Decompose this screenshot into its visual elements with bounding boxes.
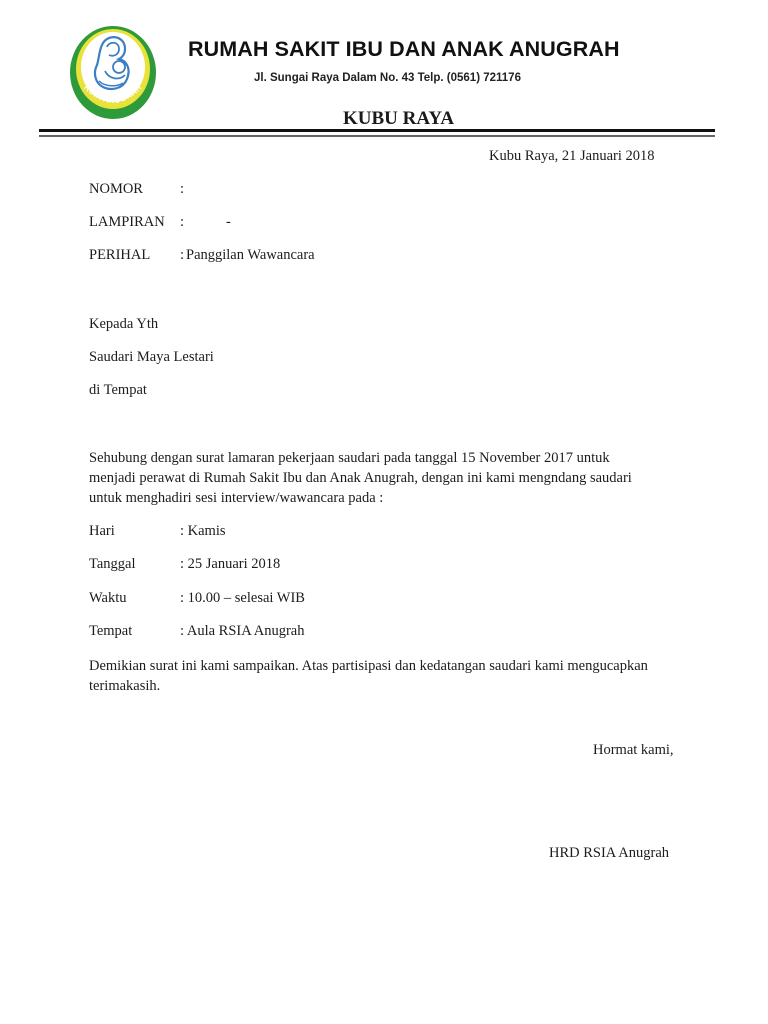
detail-label-tanggal: Tanggal	[89, 556, 136, 573]
institution-city: KUBU RAYA	[343, 108, 454, 130]
letterhead-divider-thin	[39, 135, 715, 137]
signatory: HRD RSIA Anugrah	[549, 845, 669, 862]
detail-label-waktu: Waktu	[89, 590, 127, 607]
letterhead-divider-thick	[39, 129, 715, 132]
closing-line: Demikian surat ini kami sampaikan. Atas …	[89, 656, 689, 676]
valediction: Hormat kami,	[593, 742, 674, 759]
body-intro-line: Sehubung dengan surat lamaran pekerjaan …	[89, 448, 689, 468]
meta-label-perihal: PERIHAL	[89, 247, 150, 264]
body-intro-line: untuk menghadiri sesi interview/wawancar…	[89, 488, 689, 508]
detail-value-tanggal: : 25 Januari 2018	[180, 556, 280, 573]
place-date: Kubu Raya, 21 Januari 2018	[489, 148, 655, 165]
closing-paragraph: Demikian surat ini kami sampaikan. Atas …	[89, 656, 689, 696]
hospital-logo: RSIA ANUGRAH	[69, 25, 157, 120]
meta-value-perihal: Panggilan Wawancara	[186, 247, 315, 264]
detail-value-hari: : Kamis	[180, 523, 226, 540]
institution-name: RUMAH SAKIT IBU DAN ANAK ANUGRAH	[188, 37, 620, 62]
institution-address: Jl. Sungai Raya Dalam No. 43 Telp. (0561…	[254, 72, 521, 84]
recipient-name: Saudari Maya Lestari	[89, 349, 214, 366]
meta-colon: :	[180, 181, 184, 198]
meta-value-lampiran: -	[226, 214, 231, 231]
body-intro-paragraph: Sehubung dengan surat lamaran pekerjaan …	[89, 448, 689, 508]
meta-label-nomor: NOMOR	[89, 181, 143, 198]
closing-line: terimakasih.	[89, 676, 689, 696]
meta-label-lampiran: LAMPIRAN	[89, 214, 165, 231]
recipient-location: di Tempat	[89, 382, 147, 399]
detail-value-tempat: : Aula RSIA Anugrah	[180, 623, 304, 640]
recipient-greeting: Kepada Yth	[89, 316, 158, 333]
mother-child-logo-icon: RSIA ANUGRAH	[69, 25, 157, 120]
meta-colon: :	[180, 214, 184, 231]
body-intro-line: menjadi perawat di Rumah Sakit Ibu dan A…	[89, 468, 689, 488]
detail-label-hari: Hari	[89, 523, 115, 540]
meta-colon: :	[180, 247, 184, 264]
detail-value-waktu: : 10.00 – selesai WIB	[180, 590, 305, 607]
detail-label-tempat: Tempat	[89, 623, 132, 640]
